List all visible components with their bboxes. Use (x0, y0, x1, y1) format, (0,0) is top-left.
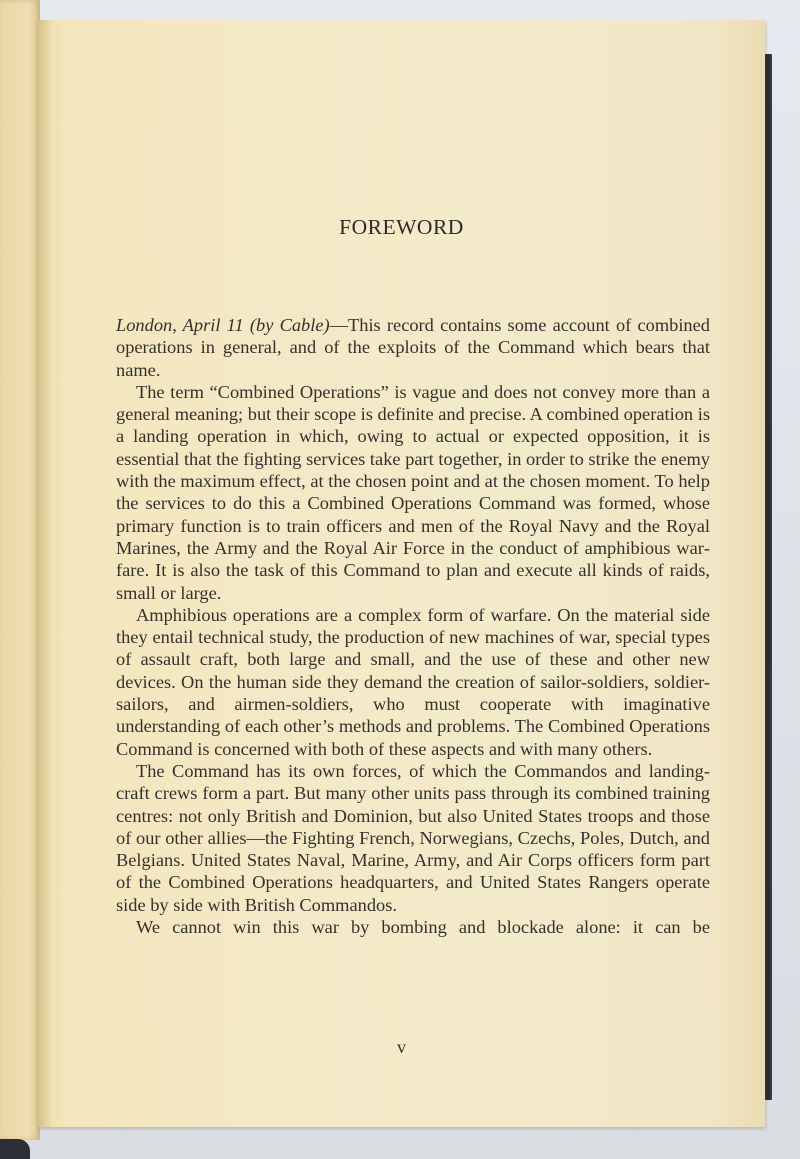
paragraph-1: London, April 11 (by Cable)—This record … (116, 314, 710, 381)
paragraph-3: Amphibious operations are a complex form… (116, 604, 710, 760)
dateline: London, April 11 (by Cable) (116, 315, 330, 335)
facing-page-edge (0, 0, 40, 1140)
paragraph-5: We cannot win this war by bombing and bl… (116, 916, 710, 938)
paragraph-4: The Command has its own forces, of which… (116, 760, 710, 916)
body-text: London, April 11 (by Cable)—This record … (116, 314, 710, 938)
book-page: FOREWORD London, April 11 (by Cable)—Thi… (38, 20, 765, 1127)
paragraph-2: The term “Combined Operations” is vague … (116, 381, 710, 604)
chapter-title: FOREWORD (38, 215, 765, 240)
book-cover-corner (0, 1139, 30, 1159)
gutter-shadow (38, 20, 52, 1127)
page-number: v (38, 1037, 765, 1058)
